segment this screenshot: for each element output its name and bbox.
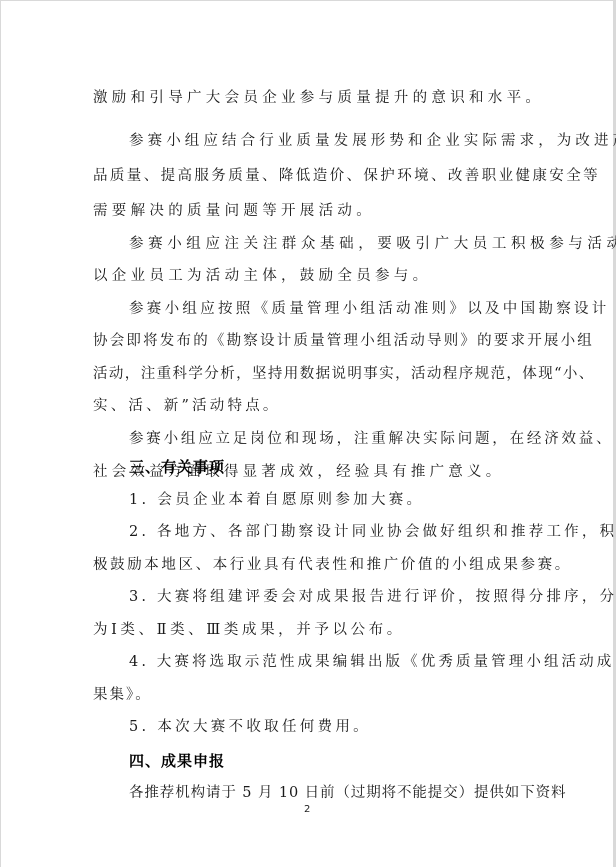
list-item-3: 3. 大赛将组建评委会对成果报告进行评价，按照得分排序，分: [129, 587, 616, 607]
list-item-3-cont: 为Ⅰ类、Ⅱ类、Ⅲ类成果，并予以公布。: [93, 620, 405, 640]
paragraph-line: 活动，注重科学分析，坚持用数据说明事实，活动程序规范，体现“小、: [93, 364, 595, 384]
paragraph-line: 以企业员工为活动主体，鼓励全员参与。: [93, 266, 431, 286]
section-heading-4: 四、成果申报: [129, 751, 225, 771]
list-item-1: 1. 会员企业本着自愿原则参加大赛。: [129, 490, 424, 510]
paragraph-line: 品质量、提高服务质量、降低造价、保护环境、改善职业健康安全等: [93, 166, 600, 186]
section-heading-3: 三、有关事项: [129, 457, 225, 477]
list-item-4-cont: 果集》。: [93, 685, 152, 705]
list-item-4: 4. 大赛将选取示范性成果编辑出版《优秀质量管理小组活动成: [129, 652, 614, 672]
paragraph-line: 参赛小组应立足岗位和现场，注重解决实际问题，在经济效益、: [129, 429, 613, 449]
paragraph-line: 激励和引导广大会员企业参与质量提升的意识和水平。: [93, 88, 544, 108]
paragraph-line: 各推荐机构请于 5 月 10 日前（过期将不能提交）提供如下资料: [129, 783, 566, 803]
list-item-5: 5. 本次大赛不收取任何费用。: [129, 717, 371, 737]
paragraph-line: 需要解决的质量问题等开展活动。: [93, 201, 375, 221]
list-item-2-cont: 极鼓励本地区、本行业具有代表性和推广价值的小组成果参赛。: [93, 555, 572, 575]
document-page: 激励和引导广大会员企业参与质量提升的意识和水平。 参赛小组应结合行业质量发展形势…: [1, 1, 613, 867]
page-number: 2: [304, 804, 310, 815]
paragraph-line: 参赛小组应结合行业质量发展形势和企业实际需求，为改进产: [129, 131, 616, 151]
paragraph-line: 参赛小组应按照《质量管理小组活动准则》以及中国勘察设计: [129, 299, 610, 319]
paragraph-line: 参赛小组应注关注群众基础，要吸引广大员工积极参与活动，: [129, 234, 616, 254]
list-item-2: 2. 各地方、各部门勘察设计同业协会做好组织和推荐工作，积: [129, 522, 616, 542]
paragraph-line: 协会即将发布的《勘察设计质量管理小组活动导则》的要求开展小组: [93, 331, 594, 351]
paragraph-line: 实、活、新”活动特点。: [93, 396, 281, 416]
